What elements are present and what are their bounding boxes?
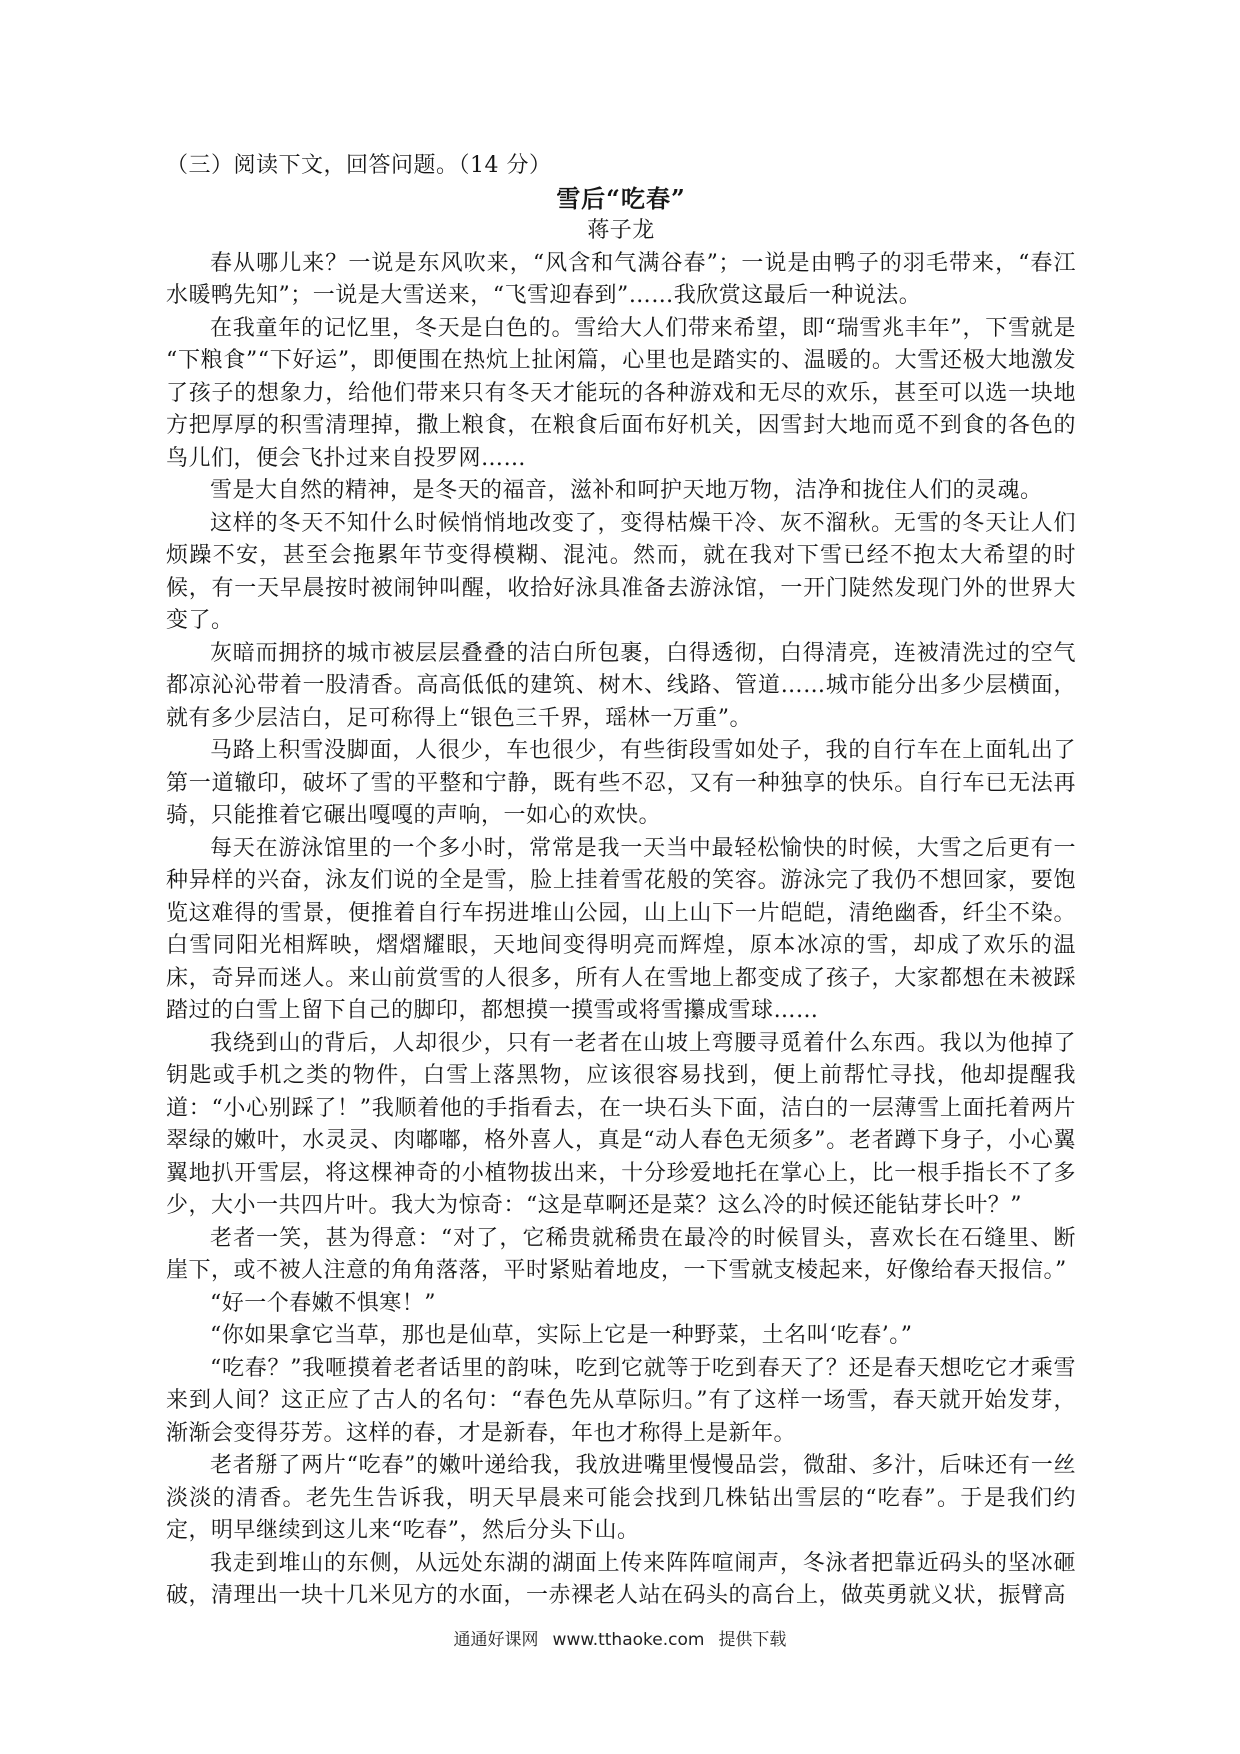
article-paragraph: 老者一笑，甚为得意：“对了，它稀贵就稀贵在最冷的时候冒头，喜欢长在石缝里、断崖下… [166,1223,1076,1288]
footer-site-url: www.tthaoke.com [553,1628,705,1652]
article-paragraph: 这样的冬天不知什么时候悄悄地改变了，变得枯燥干冷、灰不溜秋。无雪的冬天让人们烦躁… [166,508,1076,638]
article-paragraph: 雪是大自然的精神，是冬天的福音，滋补和呵护天地万物，洁净和拢住人们的灵魂。 [166,475,1076,508]
article-paragraph: “好一个春嫩不惧寒！” [166,1288,1076,1321]
article-author: 蒋子龙 [166,215,1076,248]
article-title: 雪后“吃春” [166,183,1076,216]
article-paragraph: “吃春？”我咂摸着老者话里的韵味，吃到它就等于吃到春天了？还是春天想吃它才乘雪来… [166,1353,1076,1451]
article-paragraph: 灰暗而拥挤的城市被层层叠叠的洁白所包裹，白得透彻，白得清亮，连被清洗过的空气都凉… [166,638,1076,736]
footer-site-name: 通通好课网 [454,1628,539,1652]
article-paragraph: 春从哪儿来？一说是东风吹来，“风含和气满谷春”；一说是由鸭子的羽毛带来，“春江水… [166,248,1076,313]
article-body: 春从哪儿来？一说是东风吹来，“风含和气满谷春”；一说是由鸭子的羽毛带来，“春江水… [166,248,1076,1613]
article-paragraph: 我走到堆山的东侧，从远处东湖的湖面上传来阵阵喧闹声，冬泳者把靠近码头的坚冰砸破，… [166,1548,1076,1613]
article-paragraph: 每天在游泳馆里的一个多小时，常常是我一天当中最轻松愉快的时候，大雪之后更有一种异… [166,833,1076,1028]
article-paragraph: 我绕到山的背后，人却很少，只有一老者在山坡上弯腰寻觅着什么东西。我以为他掉了钥匙… [166,1028,1076,1223]
section-header: （三）阅读下文，回答问题。（14 分） [166,150,1076,183]
document-content: （三）阅读下文，回答问题。（14 分） 雪后“吃春” 蒋子龙 春从哪儿来？一说是… [166,150,1076,1613]
page-footer: 通通好课网 www.tthaoke.com 提供下载 [0,1628,1240,1652]
article-paragraph: 在我童年的记忆里，冬天是白色的。雪给大人们带来希望，即“瑞雪兆丰年”，下雪就是“… [166,313,1076,476]
footer-suffix: 提供下载 [718,1628,786,1652]
document-page: （三）阅读下文，回答问题。（14 分） 雪后“吃春” 蒋子龙 春从哪儿来？一说是… [0,0,1240,1754]
article-paragraph: 老者掰了两片“吃春”的嫩叶递给我，我放进嘴里慢慢品尝，微甜、多汁，后味还有一丝淡… [166,1450,1076,1548]
article-paragraph: “你如果拿它当草，那也是仙草，实际上它是一种野菜，土名叫‘吃春’。” [166,1320,1076,1353]
article-paragraph: 马路上积雪没脚面，人很少，车也很少，有些街段雪如处子，我的自行车在上面轧出了第一… [166,735,1076,833]
